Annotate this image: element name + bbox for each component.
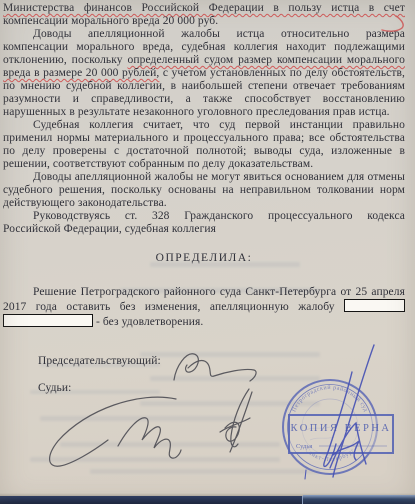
judges-label: Судьи: [38,382,405,395]
stamp-circle-bottom-text: Санкт-Петербург [304,447,357,463]
ruling-heading: ОПРЕДЕЛИЛА: [3,252,405,265]
presiding-judge-label: Председательствующий: [38,355,405,368]
svg-text:Санкт-Петербург: Санкт-Петербург [304,447,357,463]
bleed-through [40,416,240,421]
document-body: Министерства финансов Российской Федерац… [3,2,405,395]
stamp-judge-label: Судья [296,443,312,450]
bleed-through [140,401,320,406]
paragraph-court-opinion: Судебная коллегия считает, что суд перво… [3,119,405,171]
paragraph-ruling: Решение Петроградского районного суда Са… [3,286,405,329]
redaction-box-1 [344,299,405,312]
bleed-through [60,442,280,447]
bottom-edge-bar-right [303,495,415,504]
bleed-through [90,469,320,474]
bleed-through [30,457,280,462]
copy-certified-text: КОПИЯ ВЕРНА [290,423,391,434]
bottom-edge-bar-left [0,496,303,504]
copy-certified-stamp: КОПИЯ ВЕРНА Судья [289,415,393,453]
redaction-box-2 [3,314,93,327]
scanned-court-document: Министерства финансов Российской Федерац… [0,0,415,504]
paragraph-dismissal: Доводы апелляционной жалобы не могут яви… [3,171,405,210]
red-underlined-phrase: Министерства финансов Российской Федерац… [3,2,405,14]
paragraph-award: Министерства финансов Российской Федерац… [3,2,405,28]
judge-signature-1 [50,397,181,466]
paragraph-legal-basis: Руководствуясь ст. 328 Гражданского проц… [3,210,405,236]
paragraph-arguments: Доводы апелляционной жалобы истца относи… [3,28,405,119]
